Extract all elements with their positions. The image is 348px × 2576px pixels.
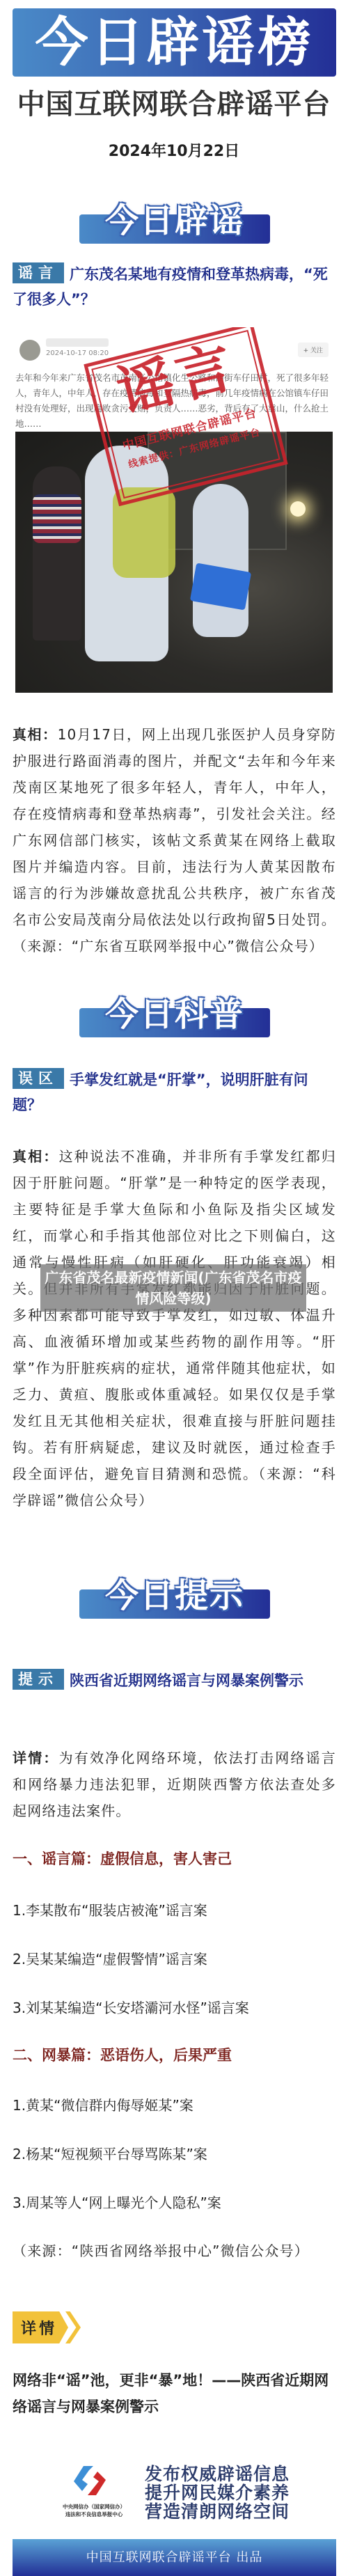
photo-lamp	[290, 501, 306, 517]
top-banner: 今日辟谣榜	[13, 8, 336, 77]
violence-cases-heading: 二、网暴篇：恶语伤人，后果严重	[13, 2044, 232, 2065]
tip-tag: 提示	[13, 1669, 64, 1690]
follow-button: + 关注	[298, 343, 329, 357]
truth-text: 这种说法不准确，并非所有手掌发红都归因于肝脏问题。“肝掌”是一种特定的医学表现，…	[13, 1148, 336, 1509]
tip-detail: 详情：为有效净化网络环境，依法打击网络谣言和网络暴力违法犯罪，近期陕西警方依法查…	[13, 1745, 336, 1824]
list-item: 1.李某散布“服装店被淹”谣言案	[13, 1899, 207, 1919]
rumor-screenshot: 2024-10-17 08:20 + 关注 去年和今年来广东省茂名市茂南区公馆镇…	[15, 327, 333, 696]
photo-bystander	[33, 466, 81, 641]
science-title-block: 误区手掌发红就是“肝掌”，说明肝脏有问题？	[13, 1067, 336, 1117]
detail-label: 详情：	[13, 1750, 59, 1766]
blurred-username	[46, 338, 109, 347]
detail-text: 为有效净化网络环境，依法打击网络谣言和网络暴力违法犯罪，近期陕西警方依法查处多起…	[13, 1750, 336, 1819]
myth-tag: 误区	[13, 1068, 64, 1089]
rumor-title-block: 谣言广东茂名某地有疫情和登革热病毒，“死了很多人”？	[13, 262, 336, 312]
slogan-line-2: 提升网民媒介素养	[145, 2483, 290, 2502]
truth-text: 10月17日，网上出现几张医护人员身穿防护服进行路面消毒的图片，并配文“去年和今…	[13, 726, 336, 955]
list-item: 1.黄某“微信群内侮辱姬某”案	[13, 2094, 193, 2114]
section-header-rumor: 今日辟谣	[79, 209, 270, 244]
section-header-label: 今日科普	[79, 987, 270, 1035]
detail-badge-label: 详情	[21, 2317, 57, 2339]
footer-credit: 中国互联网联合辟谣平台 出品	[13, 2539, 336, 2576]
photo-worker-2	[193, 484, 248, 637]
detail-badge: 详情	[13, 2311, 82, 2343]
post-time: 2024-10-17 08:20	[46, 350, 109, 357]
slogan: 发布权威辟谣信息 提升网民媒介素养 营造清朗网络空间	[145, 2465, 290, 2521]
rumor-tag: 谣言	[13, 262, 64, 283]
tip-title: 陕西省近期网络谣言与网暴案例警示	[70, 1672, 303, 1689]
avatar	[19, 340, 40, 361]
banner-title: 今日辟谣榜	[35, 16, 314, 69]
slogan-line-3: 营造清朗网络空间	[145, 2502, 290, 2521]
science-truth: 真相：这种说法不准确，并非所有手掌发红都归因于肝脏问题。“肝掌”是一种特定的医学…	[13, 1143, 336, 1514]
list-item: 3.周某等人“网上曝光个人隐私”案	[13, 2192, 221, 2212]
report-center-logo: 中央网信办（国家网信办） 违法和不良信息举报中心	[56, 2465, 132, 2527]
truth-label: 真相：	[13, 1148, 59, 1165]
overlay-caption: 广东省茂名最新疫情新闻(广东省茂名市疫情风险等级)	[40, 1264, 306, 1312]
report-center-logo-icon	[72, 2465, 114, 2499]
logo-line-2: 违法和不良信息举报中心	[56, 2511, 132, 2518]
list-item: 2.吴某某编造“虚假警情”谣言案	[13, 1948, 207, 1968]
detail-link[interactable]: 网络非“谣”池，更非“暴”地！——陕西省近期网络谣言与网暴案例警示	[13, 2367, 336, 2420]
list-item: 3.刘某某编造“长安塔灞河水怪”谣言案	[13, 1997, 249, 2017]
section-header-tip: 今日提示	[79, 1584, 270, 1619]
section-header-label: 今日辟谣	[79, 194, 270, 242]
section-header-science: 今日科普	[79, 1003, 270, 1037]
tip-title-block: 提示陕西省近期网络谣言与网暴案例警示	[13, 1668, 336, 1693]
tip-source: （来源：“陕西省网络举报中心”微信公众号）	[13, 2238, 336, 2264]
slogan-line-1: 发布权威辟谣信息	[145, 2465, 290, 2483]
platform-name: 中国互联网联合辟谣平台	[0, 82, 348, 122]
truth-label: 真相：	[13, 726, 58, 743]
list-item: 2.杨某“短视频平台辱骂陈某”案	[13, 2143, 207, 2163]
logo-line-1: 中央网信办（国家网信办）	[56, 2503, 132, 2511]
page: 今日辟谣榜 中国互联网联合辟谣平台 2024年10月22日 今日辟谣 谣言广东茂…	[0, 0, 348, 2576]
rumor-truth: 真相：10月17日，网上出现几张医护人员身穿防护服进行路面消毒的图片，并配文“去…	[13, 721, 336, 959]
section-header-label: 今日提示	[79, 1569, 270, 1617]
publish-date: 2024年10月22日	[0, 139, 348, 161]
rumor-cases-heading: 一、谣言篇：虚假信息，害人害己	[13, 1848, 232, 1869]
